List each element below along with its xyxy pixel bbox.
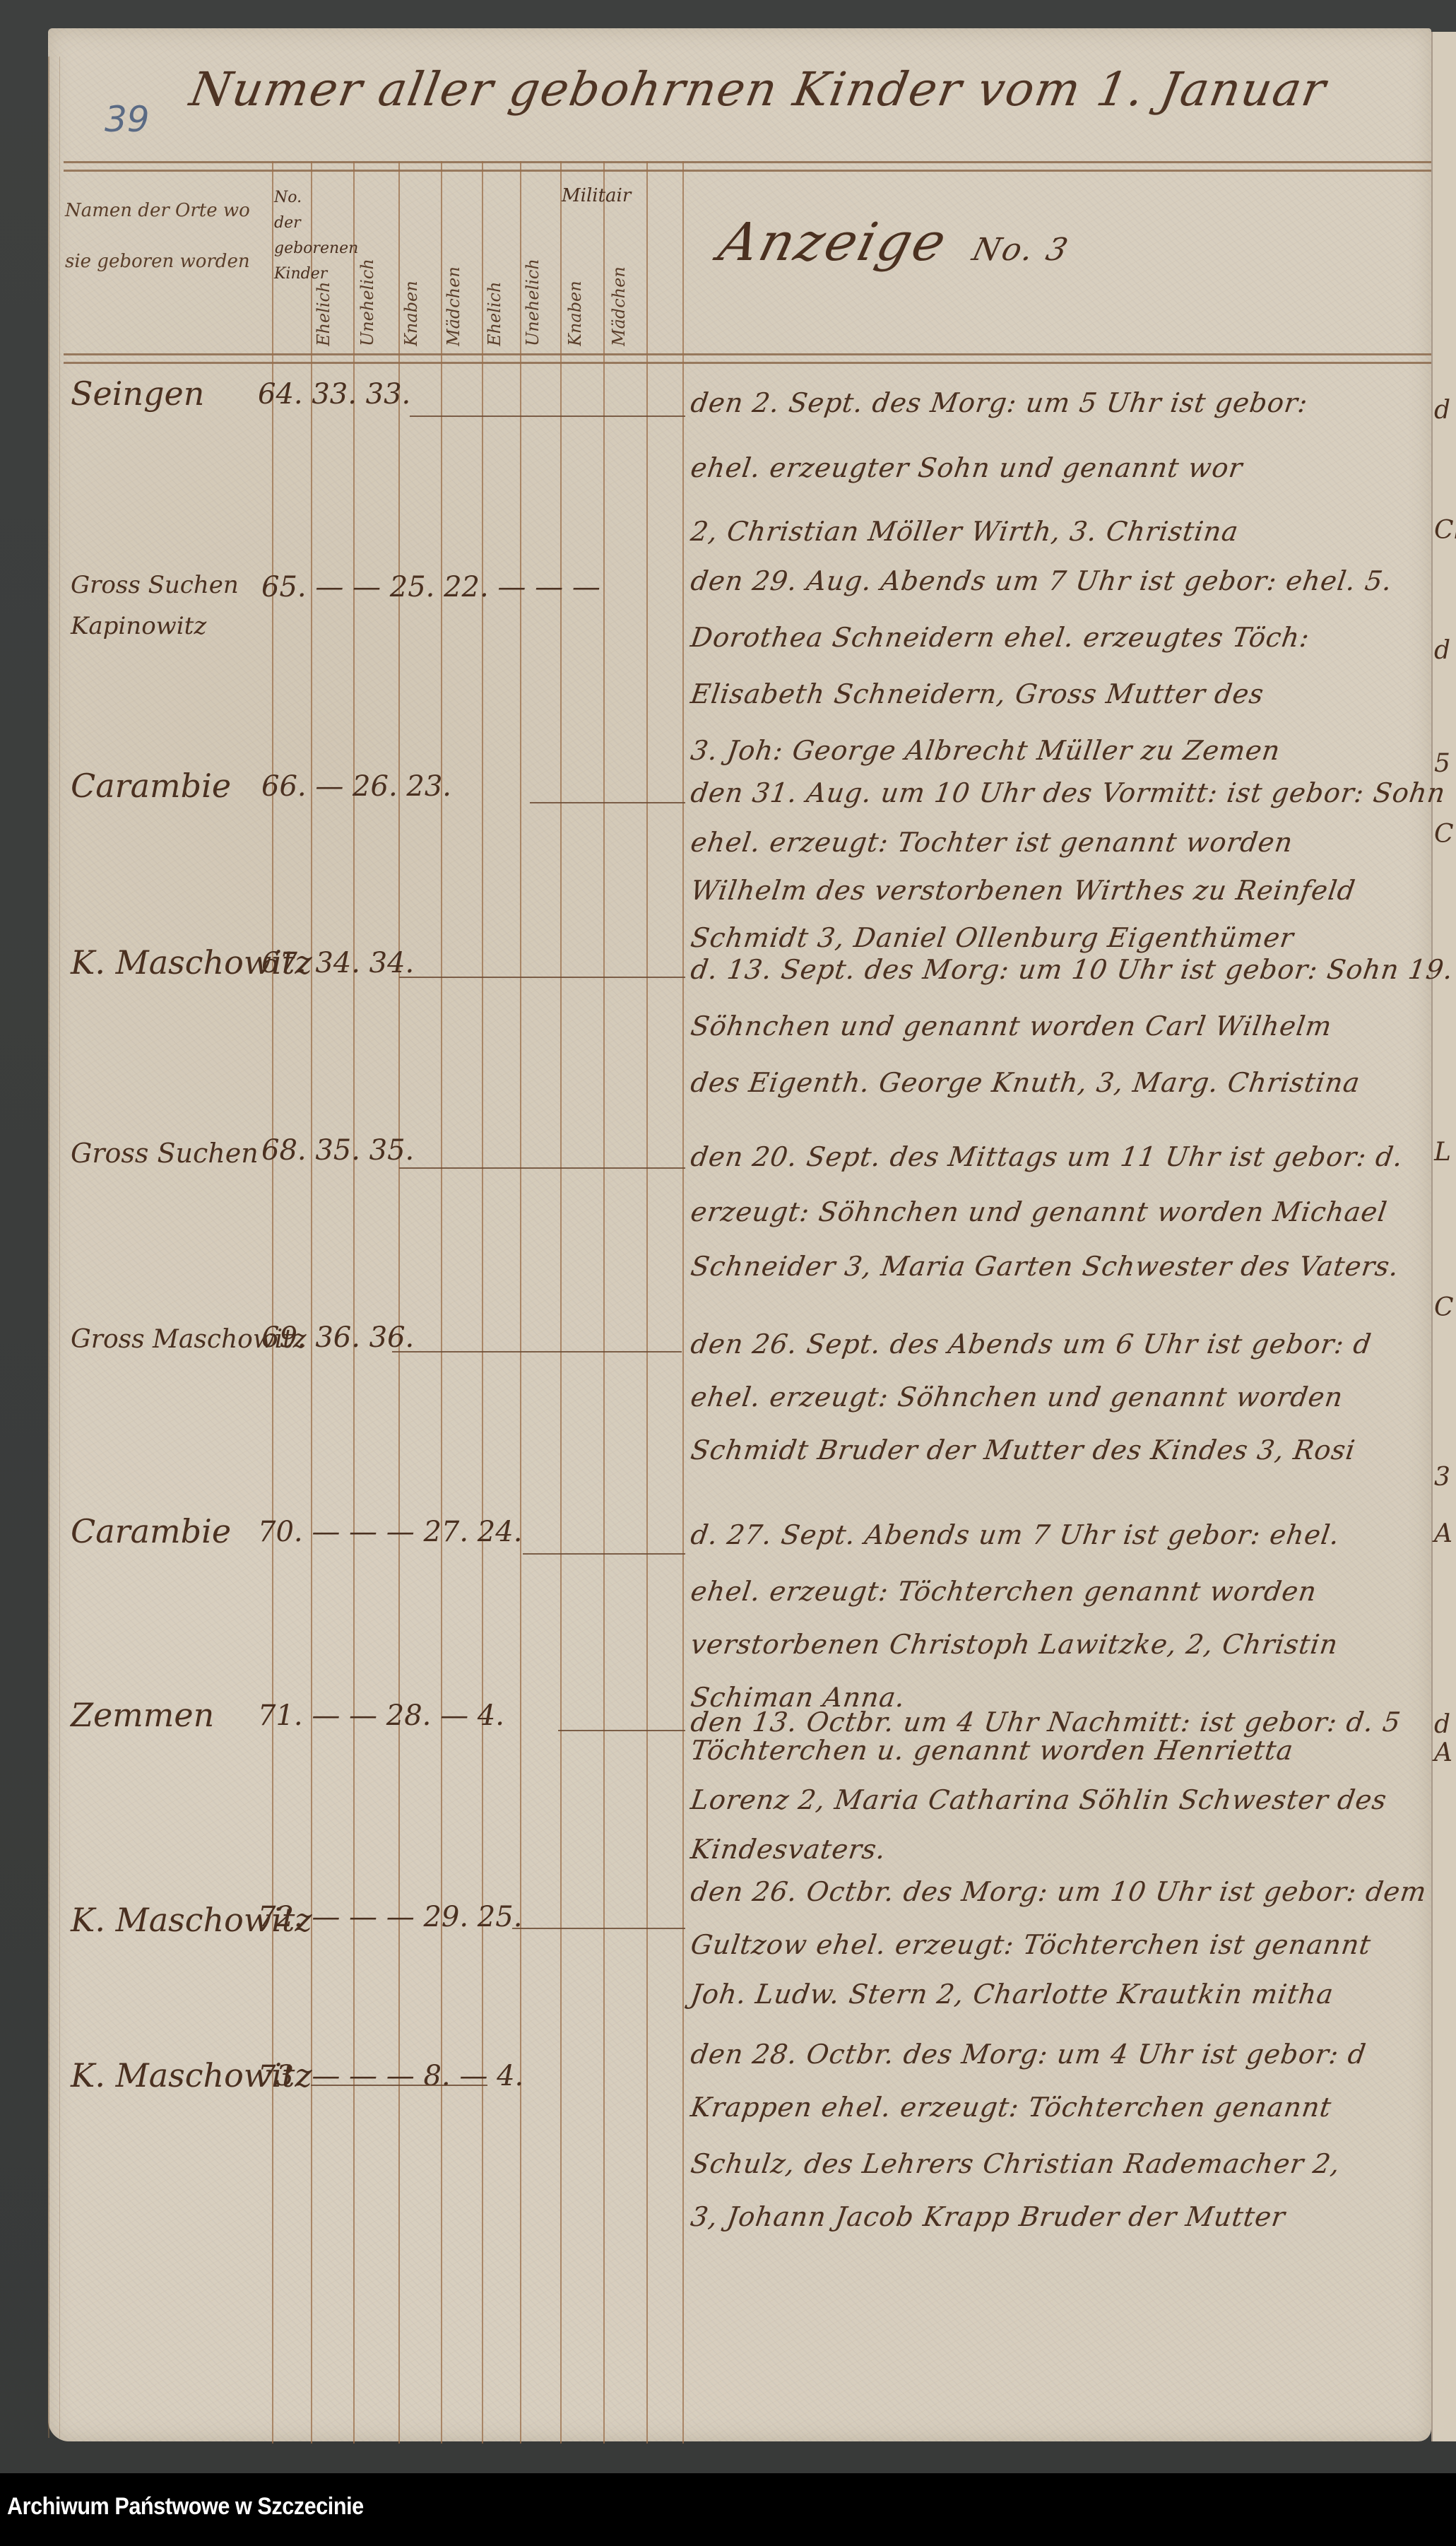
entry-line: Töchterchen u. genannt worden Henrietta xyxy=(689,1735,1296,1766)
entry-line: den 28. Octbr. des Morg: um 4 Uhr ist ge… xyxy=(689,2039,1368,2070)
adjacent-page-text: d xyxy=(1434,1710,1450,1739)
header-subcolumn: Knaben xyxy=(565,226,603,346)
adjacent-page-text: Ch xyxy=(1434,516,1456,545)
row-leader-line xyxy=(392,1351,682,1352)
page-stack-edge xyxy=(48,57,60,2438)
entry-line: den 13. Octbr. um 4 Uhr Nachmitt: ist ge… xyxy=(689,1707,1403,1738)
header-top-rule xyxy=(64,161,1431,163)
adjacent-page-text: A xyxy=(1434,1738,1452,1767)
row-place: Carambie xyxy=(71,767,231,805)
row-numbers: 65. — — 25. 22. — — — xyxy=(261,571,600,603)
entry-line: Kindesvaters. xyxy=(689,1834,888,1865)
column-divider xyxy=(311,161,312,2444)
row-leader-line xyxy=(311,2085,487,2086)
header-top-rule-2 xyxy=(64,170,1431,172)
entry-line: Schmidt Bruder der Mutter des Kindes 3, … xyxy=(689,1434,1357,1466)
column-divider xyxy=(353,161,355,2444)
row-numbers: 66. — 26. 23. xyxy=(261,770,451,803)
entry-line: d. 27. Sept. Abends um 7 Uhr ist gebor: … xyxy=(689,1519,1342,1550)
column-divider xyxy=(482,161,483,2444)
adjacent-page-text: C xyxy=(1434,1293,1454,1322)
header-entries-number: No. 3 xyxy=(969,232,1073,268)
entry-line: den 26. Octbr. des Morg: um 10 Uhr ist g… xyxy=(689,1876,1428,1907)
header-entries-label: Anzeige xyxy=(713,212,954,273)
header-subcolumn: Knaben xyxy=(401,191,439,346)
archive-footer: Archiwum Państwowe w Szczecinie xyxy=(0,2473,1456,2546)
row-place: Gross Suchen xyxy=(71,571,239,599)
entry-line: Schneider 3, Maria Garten Schwester des … xyxy=(689,1251,1401,1282)
adjacent-page-text: L xyxy=(1434,1138,1451,1167)
row-leader-line xyxy=(512,1928,685,1929)
row-place: Carambie xyxy=(71,1512,231,1550)
row-leader-line xyxy=(523,1553,685,1555)
entry-line: erzeugt: Söhnchen und genannt worden Mic… xyxy=(689,1196,1390,1227)
row-numbers: 69. 36. 36. xyxy=(261,1321,414,1354)
entry-line: den 2. Sept. des Morg: um 5 Uhr ist gebo… xyxy=(689,387,1310,418)
column-divider xyxy=(520,161,521,2444)
header-number-column: No. der geborenen Kinder xyxy=(274,185,309,287)
entry-line: Joh. Ludw. Stern 2, Charlotte Krautkin m… xyxy=(689,1979,1336,2010)
row-numbers: 68. 35. 35. xyxy=(261,1134,414,1167)
column-divider xyxy=(646,161,648,2444)
column-divider xyxy=(682,161,684,2444)
adjacent-page-text: 5 xyxy=(1434,749,1450,778)
adjacent-page-text: d xyxy=(1434,636,1450,665)
entry-line: Schmidt 3, Daniel Ollenburg Eigenthümer xyxy=(689,922,1296,953)
entry-line: Dorothea Schneidern ehel. erzeugtes Töch… xyxy=(689,622,1312,653)
page-title: Numer aller gebohrnen Kinder vom 1. Janu… xyxy=(186,62,1331,117)
entry-line: ehel. erzeugt: Tochter ist genannt worde… xyxy=(689,827,1295,858)
row-numbers: 71. — — 28. — 4. xyxy=(258,1699,504,1732)
row-leader-line xyxy=(530,802,685,803)
row-numbers: 64. 33. 33. xyxy=(258,378,410,411)
entry-line: den 26. Sept. des Abends um 6 Uhr ist ge… xyxy=(689,1328,1373,1360)
entry-line: Schulz, des Lehrers Christian Rademacher… xyxy=(689,2148,1342,2179)
header-subcolumn: Ehelich xyxy=(314,191,352,346)
entry-line: verstorbenen Christoph Lawitzke, 2, Chri… xyxy=(689,1629,1340,1660)
entry-line: ehel. erzeugt: Töchterchen genannt worde… xyxy=(689,1576,1319,1607)
header-subcolumn: Ehelich xyxy=(485,191,523,346)
row-place: Seingen xyxy=(71,375,204,413)
header-subcolumn: Mädchen xyxy=(444,191,482,346)
entry-line: 3. Joh: George Albrecht Müller zu Zemen xyxy=(689,735,1282,766)
entry-line: ehel. erzeugter Sohn und genannt wor xyxy=(689,452,1245,483)
adjacent-page-text: 3 xyxy=(1434,1463,1450,1492)
row-leader-line xyxy=(399,977,685,978)
entry-line: Lorenz 2, Maria Catharina Söhlin Schwest… xyxy=(689,1784,1389,1815)
entry-line: des Eigenth. George Knuth, 3, Marg. Chri… xyxy=(689,1067,1362,1098)
header-bottom-rule xyxy=(64,353,1431,355)
entry-line: 3, Johann Jacob Krapp Bruder der Mutter xyxy=(689,2201,1287,2232)
column-divider xyxy=(441,161,442,2444)
row-numbers: 70. — — — 27. 24. xyxy=(258,1516,522,1548)
row-leader-line xyxy=(558,1730,685,1731)
row-numbers: 67. 34. 34. xyxy=(261,947,414,979)
header-place-column: Namen der Orte wo sie geboren worden xyxy=(65,185,263,287)
row-leader-line xyxy=(410,416,685,417)
entry-line: den 29. Aug. Abends um 7 Uhr ist gebor: … xyxy=(689,565,1395,596)
entry-line: Gultzow ehel. erzeugt: Töchterchen ist g… xyxy=(689,1929,1373,1960)
archive-name: Archiwum Państwowe w Szczecinie xyxy=(7,2493,364,2521)
header-entries-column: Anzeige No. 3 xyxy=(713,212,1078,273)
row-leader-line xyxy=(399,1167,685,1169)
row-place: Zemmen xyxy=(71,1696,214,1734)
header-subcolumn: Mädchen xyxy=(609,226,647,346)
row-numbers: 73. — — — 8. — 4. xyxy=(258,2060,523,2092)
column-divider xyxy=(398,161,400,2444)
adjacent-page-text: C xyxy=(1434,820,1454,849)
header-subcolumn: Unehelich xyxy=(357,191,396,346)
column-divider xyxy=(560,161,562,2444)
entry-line: den 20. Sept. des Mittags um 11 Uhr ist … xyxy=(689,1141,1405,1172)
header-bottom-rule-2 xyxy=(64,362,1431,364)
row-place: Gross Suchen xyxy=(71,1138,259,1169)
adjacent-page-text: d xyxy=(1434,396,1450,425)
entry-line: 2, Christian Möller Wirth, 3. Christina xyxy=(689,516,1241,547)
entry-line: Söhnchen und genannt worden Carl Wilhelm xyxy=(689,1010,1334,1042)
entry-line: Krappen ehel. erzeugt: Töchterchen genan… xyxy=(689,2092,1334,2123)
header-militair-label: Militair xyxy=(562,185,631,206)
entry-line: d. 13. Sept. des Morg: um 10 Uhr ist geb… xyxy=(689,954,1455,985)
entry-line: ehel. erzeugt: Söhnchen und genannt word… xyxy=(689,1381,1345,1413)
header-subcolumn: Unehelich xyxy=(523,191,561,346)
column-divider xyxy=(603,161,605,2444)
adjacent-page-strip xyxy=(1431,32,1456,2441)
folio-number: 39 xyxy=(105,99,150,140)
entry-line: Elisabeth Schneidern, Gross Mutter des xyxy=(689,678,1266,709)
row-place-line2: Kapinowitz xyxy=(71,612,206,640)
entry-line: den 31. Aug. um 10 Uhr des Vormitt: ist … xyxy=(689,777,1448,808)
column-divider xyxy=(272,161,273,2444)
row-numbers: 72. — — — 29. 25. xyxy=(258,1901,522,1933)
entry-line: Wilhelm des verstorbenen Wirthes zu Rein… xyxy=(689,875,1358,906)
adjacent-page-text: A xyxy=(1434,1519,1452,1548)
